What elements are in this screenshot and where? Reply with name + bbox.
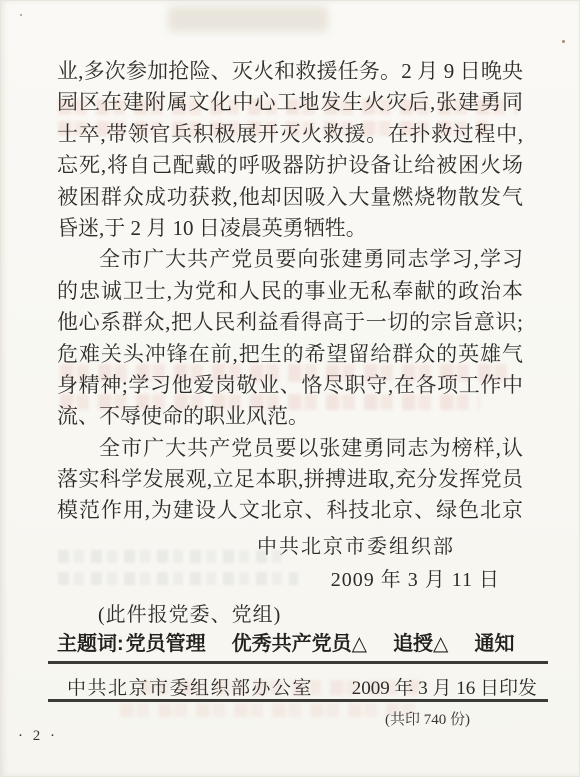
body-line: 模范作用,为建设人文北京、科技北京、绿色北京做出贡献。 bbox=[57, 495, 523, 526]
body-line: 危难关头冲锋在前,把生的希望留给群众的英雄气慨和献 bbox=[57, 339, 523, 370]
body-line: 全市广大共产党员要向张建勇同志学习,学习他做党 bbox=[57, 244, 523, 275]
subject-line: 主题词:党员管理优秀共产党员△追授△通知 bbox=[57, 630, 527, 658]
divider-rule-bottom bbox=[48, 699, 548, 702]
body-line: 士卒,带领官兵积极展开灭火救援。在扑救过程中,他舍生 bbox=[57, 119, 523, 150]
print-copies: (共印 740 份) bbox=[385, 708, 470, 729]
body-line: 的忠诚卫士,为党和人民的事业无私奉献的政治本色;学习 bbox=[57, 276, 523, 307]
footer-print-date: 2009 年 3 月 16 日印发 bbox=[352, 673, 537, 700]
body-line: 园区在建附属文化中心工地发生火灾后,张建勇同志身先 bbox=[57, 87, 523, 118]
body-line: 落实科学发展观,立足本职,拼搏进取,充分发挥党员先锋 bbox=[57, 464, 523, 495]
divider-rule-top bbox=[48, 661, 548, 664]
footer-issuer: 中共北京市委组织部办公室 bbox=[67, 673, 313, 700]
body-line: 流、不辱使命的职业风范。 bbox=[57, 401, 523, 432]
bleed-through-artifact bbox=[58, 572, 298, 585]
page-number: · 2 · bbox=[18, 728, 58, 745]
body-line: 被困群众成功获救,他却因吸入大量燃烧物散发气体中毒 bbox=[57, 182, 523, 213]
body-line: 全市广大共产党员要以张建勇同志为榜样,认真贯彻 bbox=[57, 433, 523, 464]
subject-term: 追授△ bbox=[393, 633, 448, 655]
scan-speck-artifact bbox=[20, 14, 22, 16]
body-line: 业,多次参加抢险、灭火和救援任务。2 月 9 日晚央视新址 bbox=[57, 56, 523, 87]
signature: 中共北京市委组织部 bbox=[257, 530, 455, 559]
scan-smudge-artifact bbox=[168, 6, 328, 32]
document-body: 业,多次参加抢险、灭火和救援任务。2 月 9 日晚央视新址 园区在建附属文化中心… bbox=[57, 56, 523, 527]
body-line: 他心系群众,把人民利益看得高于一切的宗旨意识;学习他 bbox=[57, 307, 523, 338]
subject-label: 主题词: bbox=[57, 633, 124, 655]
body-line: 忘死,将自己配戴的呼吸器防护设备让给被困火场的群众, bbox=[57, 150, 523, 181]
signature-date: 2009 年 3 月 11 日 bbox=[331, 563, 500, 592]
body-line: 昏迷,于 2 月 10 日凌晨英勇牺牲。 bbox=[57, 213, 523, 244]
subject-term: 通知 bbox=[474, 633, 514, 655]
subject-term: 优秀共产党员△ bbox=[232, 633, 367, 655]
scan-speck-artifact bbox=[562, 40, 565, 43]
document-page: 业,多次参加抢险、灭火和救援任务。2 月 9 日晚央视新址 园区在建附属文化中心… bbox=[0, 0, 580, 777]
bleed-through-artifact bbox=[58, 550, 283, 563]
report-note: (此件报党委、党组) bbox=[98, 598, 281, 627]
bleed-through-artifact bbox=[120, 703, 420, 717]
body-line: 身精神;学习他爱岗敬业、恪尽职守,在各项工作中争创一 bbox=[57, 370, 523, 401]
subject-term: 党员管理 bbox=[126, 633, 206, 655]
